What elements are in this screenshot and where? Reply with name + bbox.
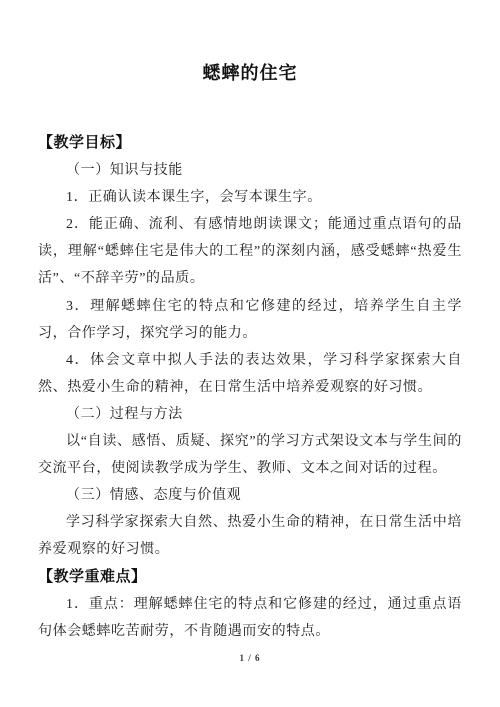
paragraph: 以“自读、感悟、质疑、探究”的学习方式架设文本与学生间的交流平台，使阅读教学成为… (38, 428, 462, 482)
document-body: 【教学目标】 （一）知识与技能 1．正确认读本课生字，会写本课生字。 2．能正确… (38, 130, 462, 645)
paragraph: 3．理解蟋蟀住宅的特点和它修建的经过，培养学生自主学习，合作学习，探究学习的能力… (38, 293, 462, 347)
section-heading-teaching-objectives: 【教学目标】 (38, 130, 462, 157)
page-title: 蟋蟀的住宅 (0, 0, 500, 86)
paragraph: 1．正确认读本课生字，会写本课生字。 (38, 184, 462, 211)
page-number: 1 / 6 (0, 653, 500, 663)
section-heading-key-difficult-points: 【教学重难点】 (38, 564, 462, 591)
paragraph: （一）知识与技能 (38, 157, 462, 184)
document-page: 蟋蟀的住宅 【教学目标】 （一）知识与技能 1．正确认读本课生字，会写本课生字。… (0, 0, 500, 645)
paragraph: 4．体会文章中拟人手法的表达效果，学习科学家探索大自然、热爱小生命的精神，在日常… (38, 347, 462, 401)
paragraph: （三）情感、态度与价值观 (38, 482, 462, 509)
paragraph: （二）过程与方法 (38, 401, 462, 428)
paragraph: 学习科学家探索大自然、热爱小生命的精神，在日常生活中培养爱观察的好习惯。 (38, 509, 462, 563)
paragraph: 1．重点：理解蟋蟀住宅的特点和它修建的经过，通过重点语句体会蟋蟀吃苦耐劳，不肯随… (38, 591, 462, 645)
paragraph: 2．能正确、流利、有感情地朗读课文；能通过重点语句的品读，理解“蟋蟀住宅是伟大的… (38, 211, 462, 292)
